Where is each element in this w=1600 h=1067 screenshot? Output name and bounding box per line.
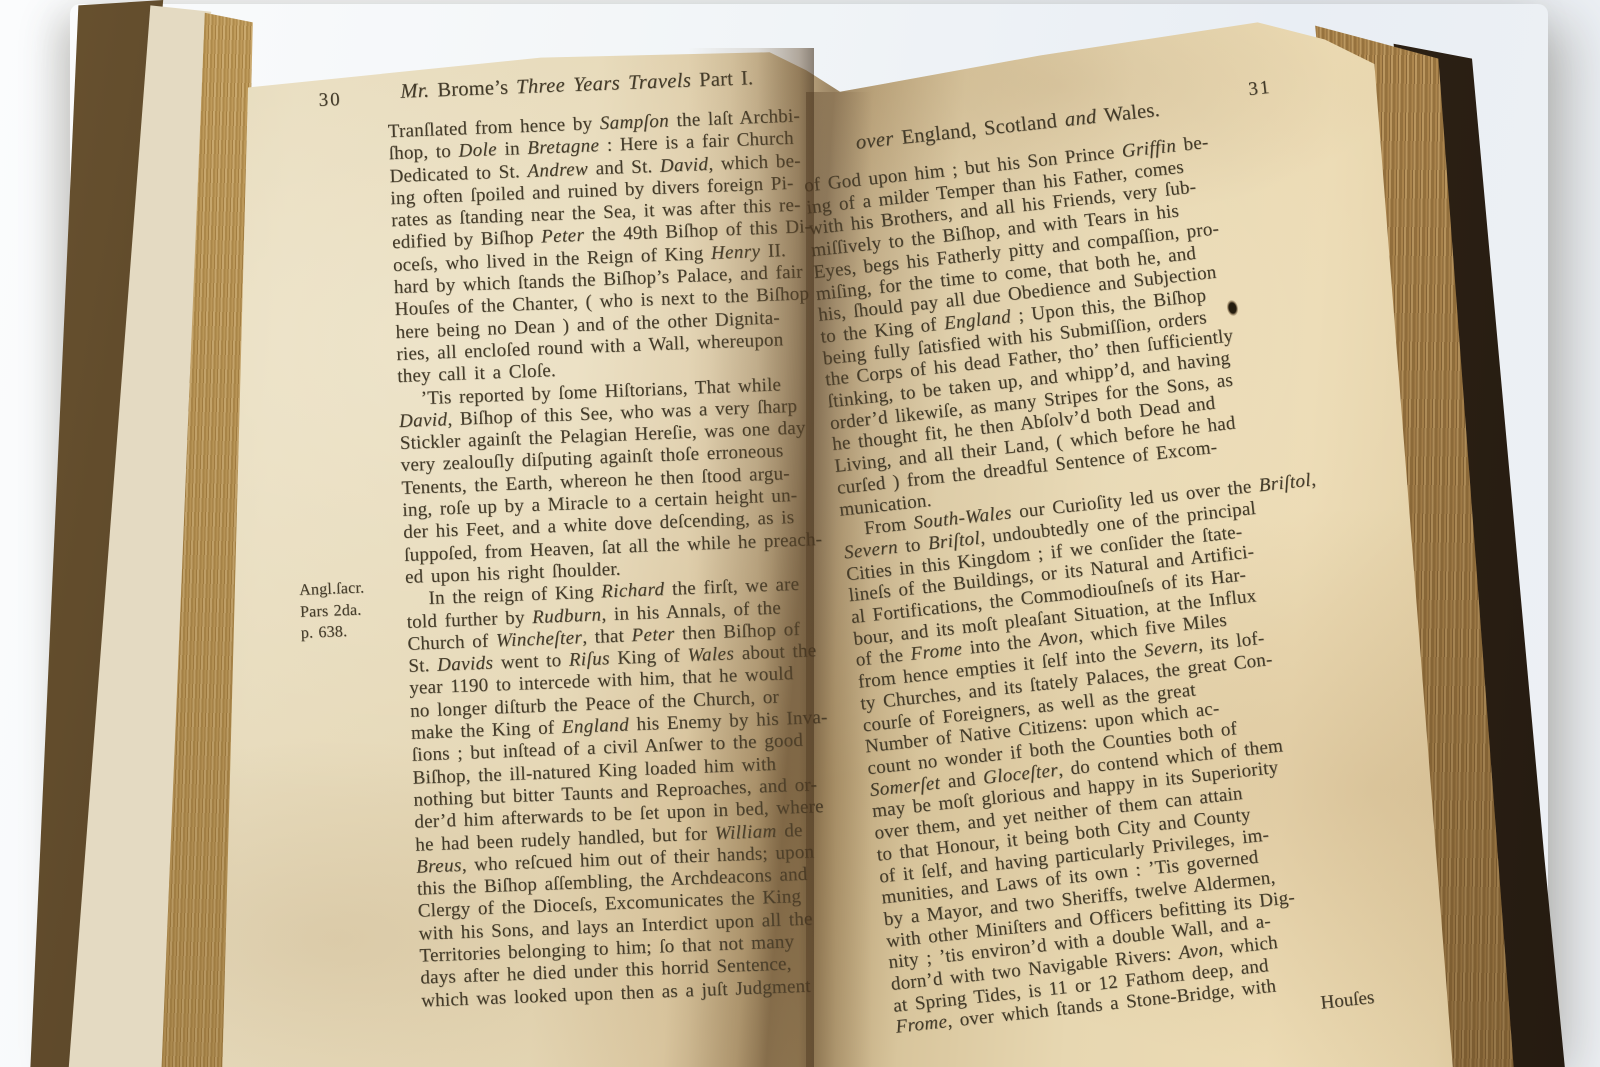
text-line: p. 638. <box>300 619 401 644</box>
right-page: over England, Scotland and Wales. 31 of … <box>799 82 1411 1060</box>
left-page: 30 Mr. Brome’s Three Years Travels Part … <box>316 66 831 1016</box>
paragraph: Tranſlated from hence by Sampſon the laſ… <box>387 104 844 389</box>
book-photo: 30 Mr. Brome’s Three Years Travels Part … <box>0 0 1600 1067</box>
left-page-body: Tranſlated from hence by Sampſon the laſ… <box>387 104 868 1012</box>
paragraph: of God upon him ; but his Son Prince Gri… <box>803 121 1343 521</box>
left-page-number: 30 <box>318 89 342 112</box>
right-page-number: 31 <box>1247 77 1272 101</box>
paragraph: In the reign of King Richard the firſt, … <box>405 572 868 1012</box>
paragraph: From South-Wales our Curioſity led us ov… <box>841 466 1399 1038</box>
left-margin-note: Angl.ſacr.Pars 2da.p. 638. <box>299 576 401 644</box>
right-page-body: of God upon him ; but his Son Prince Gri… <box>803 121 1401 1060</box>
paragraph: ’Tis reported by ſome Hiſtorians, That w… <box>398 371 852 589</box>
